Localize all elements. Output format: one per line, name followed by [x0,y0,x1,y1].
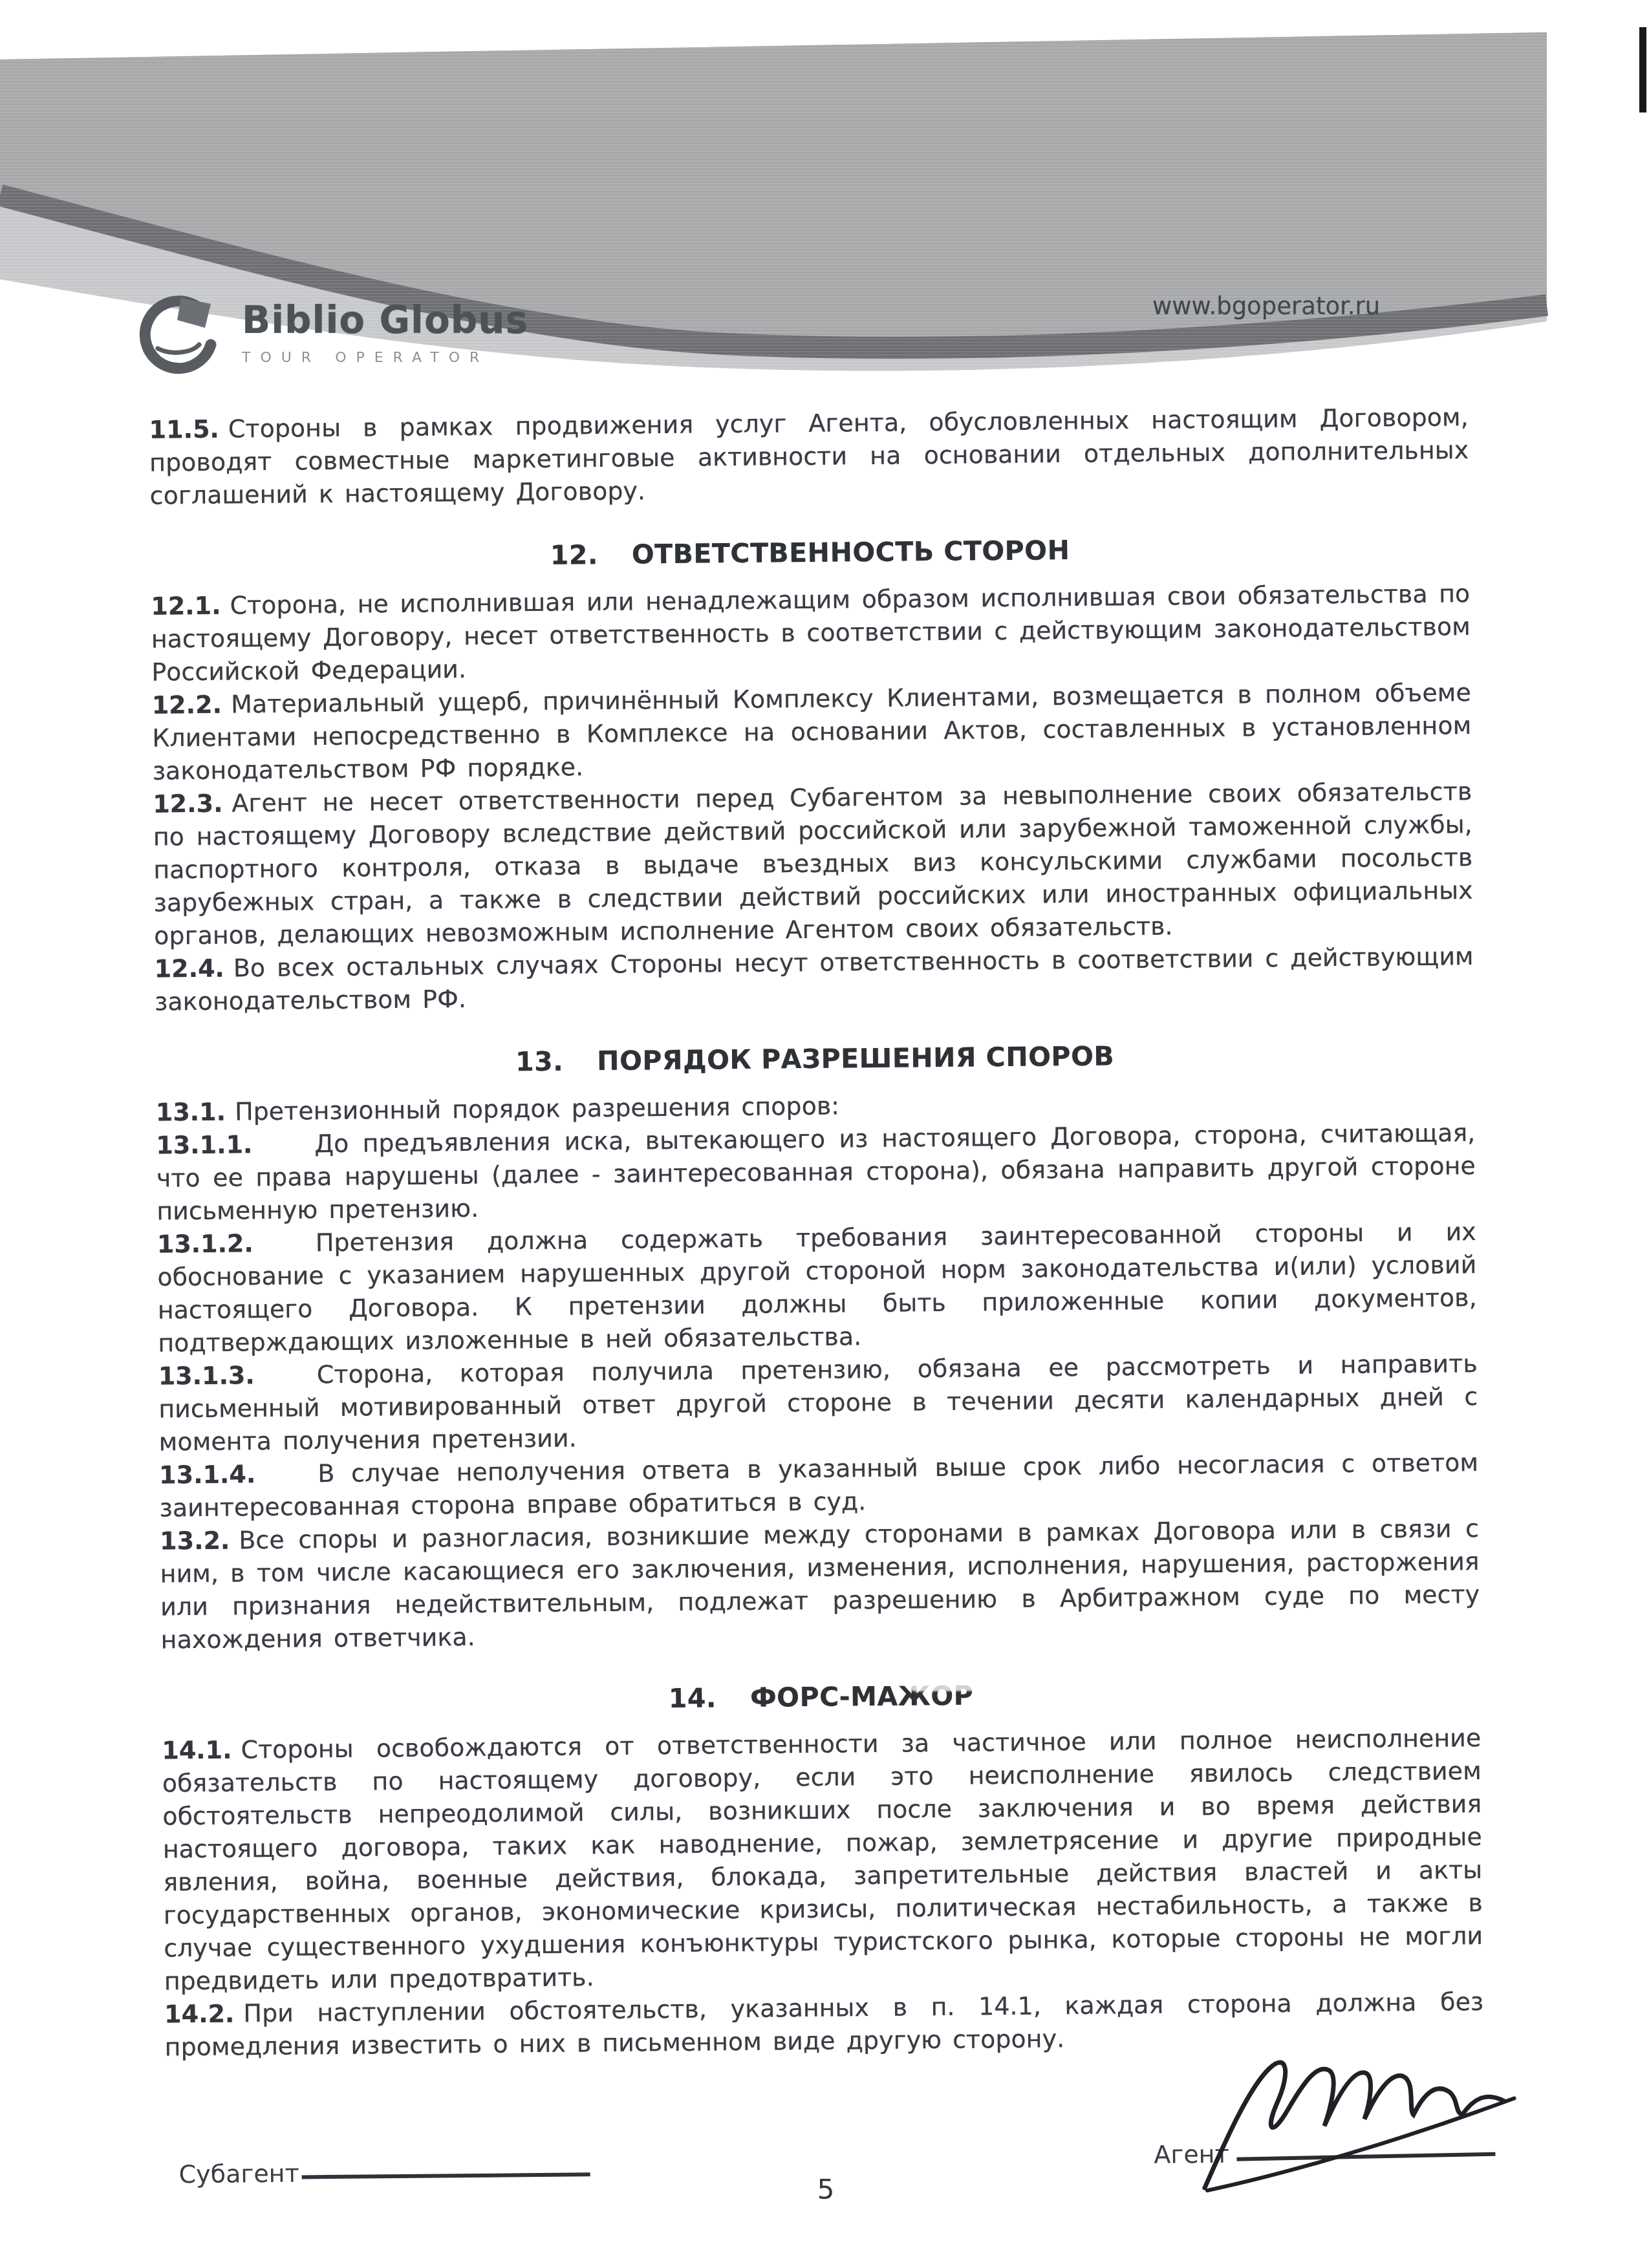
clause-number: 12.2. [152,690,222,720]
clause-text: При наступлении обстоятельств, указанных… [165,1987,1484,2062]
clause-text: Во всех остальных случаях Стороны несут … [155,942,1474,1016]
clause-text: Претензионный порядок разрешения споров: [235,1091,839,1126]
clause-12-4: 12.4.Во всех остальных случаях Стороны н… [154,940,1474,1019]
clause-number: 14.1. [162,1736,232,1765]
clause-text: Сторона, не исполнившая или ненадлежащим… [151,579,1471,687]
section-13-heading: 13.ПОРЯДОК РАЗРЕШЕНИЯ СПОРОВ [155,1037,1474,1081]
clause-number: 13.2. [160,1526,230,1556]
clause-number: 11.5. [149,415,220,444]
clause-text: Все споры и разногласия, возникшие между… [160,1514,1480,1654]
clause-13-1-3: 13.1.3.Сторона, которая получила претенз… [158,1347,1478,1459]
clause-text: Стороны освобождаются от ответственности… [162,1724,1483,1996]
clause-text: Агент не несет ответственности перед Суб… [153,777,1473,950]
clause-13-1-2: 13.1.2.Претензия должна содержать требов… [157,1215,1478,1360]
clause-13-1-1: 13.1.1.До предъявления иска, вытекающего… [156,1117,1476,1228]
clause-12-3: 12.3.Агент не несет ответственности пере… [153,775,1473,953]
agent-label: Агент [1154,2140,1229,2169]
scan-skew-wrapper: 11.5.Стороны в рамках продвижения услуг … [0,0,1649,2268]
agent-signature-area: Агент [1154,2137,1496,2169]
clause-number: 13.1.2. [157,1229,253,1258]
clause-12-2: 12.2.Материальный ущерб, причинённый Ком… [152,676,1472,788]
signature-footer: Субагент 5 Агент [166,2130,1485,2246]
section-title: ОТВЕТСТВЕННОСТЬ СТОРОН [632,535,1070,570]
scan-edge-artifact [1639,27,1646,112]
clause-text: В случае неполучения ответа в указанный … [160,1448,1479,1523]
clause-number: 12.4. [155,954,225,983]
clause-text: Претензия должна содержать требования за… [157,1217,1477,1358]
clause-number: 14.2. [164,2000,235,2029]
clause-text: Материальный ущерб, причинённый Комплекс… [152,678,1471,786]
clause-text: Сторона, которая получила претензию, обя… [158,1349,1478,1457]
clause-14-1: 14.1.Стороны освобождаются от ответствен… [162,1722,1483,1998]
clause-text: До предъявления иска, вытекающего из нас… [156,1118,1476,1226]
clause-13-2: 13.2.Все споры и разногласия, возникшие … [160,1512,1480,1657]
agent-signature-line [1237,2152,1496,2161]
section-number: 13. [515,1046,564,1078]
section-title: ПОРЯДОК РАЗРЕШЕНИЯ СПОРОВ [597,1040,1114,1076]
scanned-contract-page: Biblio Globus TOUR OPERATOR www.bgoperat… [0,0,1649,2268]
clause-11-5: 11.5.Стороны в рамках продвижения услуг … [149,401,1469,513]
clause-number: 13.1. [156,1098,226,1127]
clause-text: Стороны в рамках продвижения услуг Агент… [149,403,1469,510]
clause-14-2: 14.2.При наступлении обстоятельств, указ… [164,1985,1484,2064]
contract-text-block: 11.5.Стороны в рамках продвижения услуг … [149,401,1483,2064]
section-14-heading: 14.ФОРС-МАЖОР [161,1675,1480,1719]
clause-number: 12.1. [151,592,221,621]
section-number: 14. [669,1682,717,1714]
clause-number: 13.1.4. [159,1460,255,1489]
clause-number: 13.1.1. [156,1130,252,1159]
whiteout-correction-smudge [906,1670,1002,1691]
section-number: 12. [550,539,599,571]
section-12-heading: 12.ОТВЕТСТВЕННОСТЬ СТОРОН [150,531,1469,575]
clause-13-1-4: 13.1.4.В случае неполучения ответа в ука… [159,1446,1479,1525]
clause-12-1: 12.1.Сторона, не исполнившая или ненадле… [151,577,1471,689]
clause-number: 12.3. [153,789,223,818]
clause-number: 13.1.3. [158,1361,255,1390]
